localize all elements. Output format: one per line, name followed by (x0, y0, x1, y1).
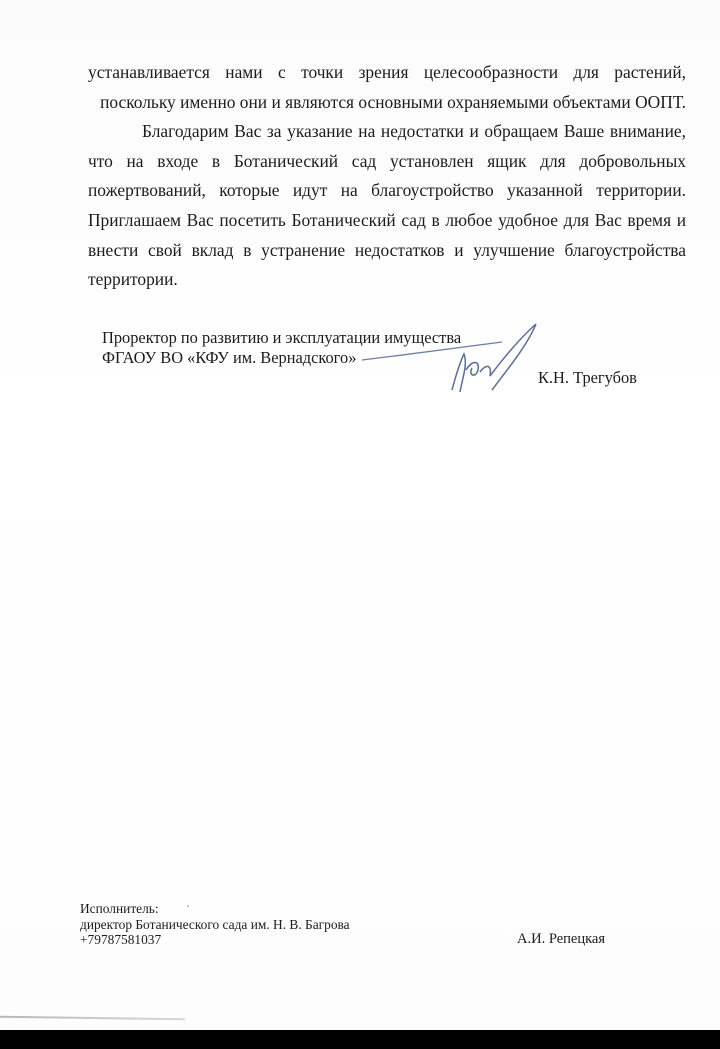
letter-body: устанавливается нами с точки зрения целе… (88, 58, 686, 295)
signatory-organization: ФГАОУ ВО «КФУ им. Вернадского» (102, 348, 356, 368)
document-page: устанавливается нами с точки зрения целе… (0, 0, 720, 1030)
signature-block: Проректор по развитию и эксплуатации иму… (102, 328, 662, 408)
handwritten-signature-icon (352, 320, 552, 400)
signatory-name: К.Н. Трегубов (538, 368, 637, 388)
page-edge-line (0, 1016, 185, 1021)
executor-name: А.И. Репецкая (517, 932, 605, 948)
executor-position: директор Ботанического сада им. Н. В. Ба… (80, 917, 660, 933)
paragraph-thanks: Благодарим Вас за указание на недостатки… (88, 117, 686, 295)
executor-label: Исполнитель: (80, 901, 660, 917)
scan-speck (187, 905, 189, 907)
paragraph-continuation: устанавливается нами с точки зрения целе… (88, 58, 686, 117)
executor-block: Исполнитель: директор Ботанического сада… (80, 901, 660, 948)
bottom-black-bar (0, 1030, 720, 1049)
